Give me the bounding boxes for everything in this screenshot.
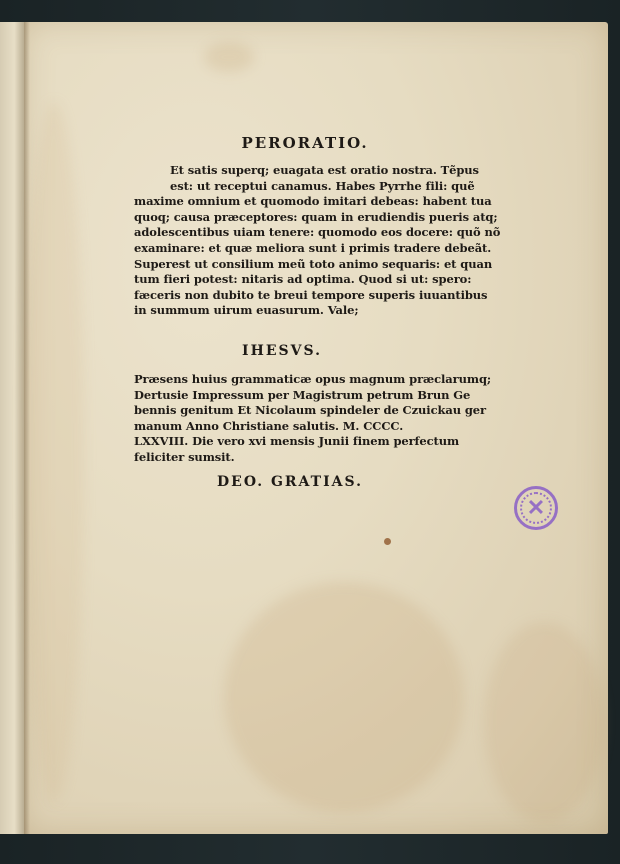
text-line: maxime omnium et quomodo imitari debeas:… bbox=[134, 194, 500, 210]
text-line: quoq; causa præceptores: quam in erudien… bbox=[134, 210, 500, 226]
heading-peroratio: PERORATIO. bbox=[230, 134, 380, 152]
text-line: in summum uirum euasurum. Vale; bbox=[134, 303, 500, 319]
text-line: LXXVIII. Die vero xvi mensis Junii finem… bbox=[134, 434, 491, 450]
paper-stain bbox=[204, 42, 254, 72]
text-line: Superest ut consilium meũ toto animo seq… bbox=[134, 257, 500, 273]
text-line: examinare: et quæ meliora sunt i primis … bbox=[134, 241, 500, 257]
text-line: manum Anno Christiane salutis. M. CCCC. bbox=[134, 419, 491, 435]
ink-spot bbox=[384, 538, 391, 545]
text-line: Et satis superq; euagata est oratio nost… bbox=[134, 163, 500, 179]
paper-stain bbox=[224, 582, 464, 812]
paper-stain bbox=[24, 102, 84, 802]
paper-stain bbox=[484, 622, 604, 822]
text-line: Dertusie Impressum per Magistrum petrum … bbox=[134, 388, 491, 404]
text-line: Præsens huius grammaticæ opus magnum præ… bbox=[134, 372, 491, 388]
heading-ihesus: IHESVS. bbox=[232, 343, 332, 359]
text-line: feliciter sumsit. bbox=[134, 450, 491, 466]
stamp-cross-icon: ✕ bbox=[527, 495, 545, 521]
paragraph-peroratio: Et satis superq; euagata est oratio nost… bbox=[134, 163, 500, 319]
facing-page-edge bbox=[0, 22, 25, 834]
text-line: adolescentibus uiam tenere: quomodo eos … bbox=[134, 225, 500, 241]
text-line: tum fieri potest: nitaris ad optima. Quo… bbox=[134, 272, 500, 288]
page-gutter bbox=[24, 22, 30, 834]
library-stamp: ✕ bbox=[514, 486, 558, 530]
text-line: fæceris non dubito te breui tempore supe… bbox=[134, 288, 500, 304]
text-line: bennis genitum Et Nicolaum spindeler de … bbox=[134, 403, 491, 419]
closing-deo-gratias: DEO. GRATIAS. bbox=[210, 474, 370, 490]
text-line: est: ut receptui canamus. Habes Pyrrhe f… bbox=[134, 179, 500, 195]
paragraph-colophon: Præsens huius grammaticæ opus magnum præ… bbox=[134, 372, 491, 466]
